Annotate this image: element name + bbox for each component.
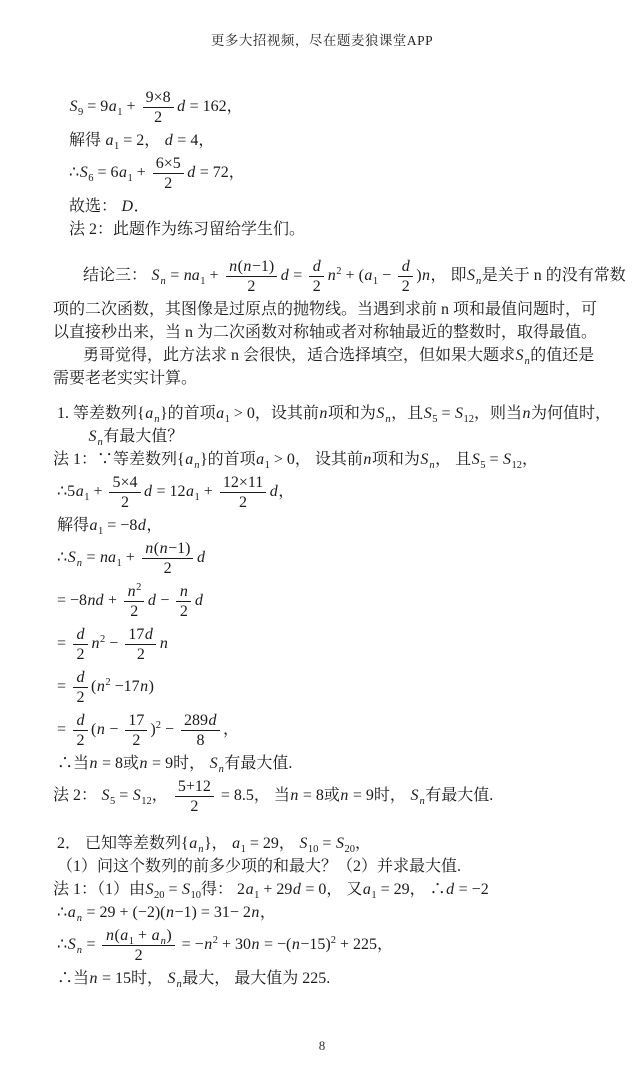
math-variable: D: [121, 198, 134, 215]
math-variable: d: [137, 517, 146, 534]
fraction: d2: [73, 625, 88, 664]
math-variable: n: [522, 405, 531, 422]
doc-line-28: ∴当n = 15时， Sn最大， 最大值为 225.: [53, 967, 619, 990]
math-variable: d: [292, 881, 301, 898]
doc-line-15: 解得a1 = −8d，: [53, 514, 619, 537]
fraction: n22: [124, 582, 144, 621]
doc-line-12: Sn有最大值？: [53, 425, 619, 448]
math-variable: n: [145, 540, 154, 557]
math-variable: S: [145, 881, 154, 898]
math-variable: S: [132, 787, 141, 804]
subscript: 1: [254, 890, 259, 901]
doc-line-1: S9 = 9a1 + 9×82d = 162，: [53, 86, 619, 129]
doc-line-6: 结论三： Sn = na1 + n(n−1)2d = d2n2 + (a1 − …: [53, 255, 619, 298]
math-variable: a: [151, 927, 160, 944]
math-variable: S: [376, 405, 385, 422]
subscript: 1: [195, 492, 200, 503]
math-variable: d: [196, 549, 205, 566]
subscript: 1: [200, 276, 205, 287]
math-variable: d: [280, 267, 289, 284]
subscript: n: [97, 437, 103, 448]
math-variable: S: [88, 428, 97, 445]
fraction: d2: [309, 257, 324, 296]
math-variable: n: [291, 936, 300, 953]
math-variable: n: [251, 904, 260, 921]
subscript: 20: [344, 844, 355, 855]
math-variable: d: [401, 258, 410, 275]
math-variable: d: [312, 258, 321, 275]
subscript: n: [76, 558, 82, 569]
math-variable: S: [182, 881, 191, 898]
math-variable: n: [363, 451, 372, 468]
math-variable: S: [69, 98, 78, 115]
superscript: 2: [213, 935, 218, 946]
page-header: 更多大招视频，尽在题麦狼课堂APP: [0, 29, 644, 49]
doc-line-10: 需要老老实实计算。: [53, 367, 619, 390]
math-variable: a: [89, 517, 98, 534]
math-variable: n: [204, 936, 213, 953]
math-variable: nd: [87, 592, 104, 609]
doc-line-8: 以直接秒出来，当 n 为二次函数对称轴或者对称轴最近的整数时，取得最值。: [53, 321, 619, 344]
math-variable: d: [269, 483, 278, 500]
math-variable: n: [96, 678, 105, 695]
fraction: d2: [73, 711, 88, 750]
subscript: n: [476, 276, 482, 287]
math-variable: d: [144, 626, 153, 643]
doc-line-22: 法 2： S5 = S12， 5+122 = 8.5， 当n = 8或n = 9…: [53, 775, 619, 818]
fraction: n(a1 + an)2: [102, 926, 174, 965]
math-variable: n: [89, 970, 98, 987]
subscript: 9: [78, 107, 83, 118]
math-variable: S: [420, 451, 429, 468]
math-variable: a: [245, 881, 254, 898]
subscript: 1: [225, 414, 230, 425]
math-variable: d: [187, 164, 196, 181]
superscript: 2: [336, 266, 341, 277]
math-variable: na: [99, 549, 116, 566]
fraction: 17d2: [125, 625, 156, 664]
subscript: n: [76, 945, 82, 956]
subscript: 5: [432, 414, 437, 425]
subscript: 1: [117, 107, 122, 118]
math-variable: a: [185, 451, 194, 468]
math-variable: S: [423, 405, 432, 422]
math-variable: n: [251, 936, 260, 953]
fraction: 6×52: [153, 154, 184, 193]
subscript: 20: [154, 890, 165, 901]
math-variable: S: [410, 787, 419, 804]
math-variable: d: [194, 592, 203, 609]
math-variable: S: [515, 347, 524, 364]
math-variable: n: [327, 267, 336, 284]
math-variable: a: [67, 904, 76, 921]
subscript: n: [194, 460, 200, 471]
subscript: 1: [373, 276, 378, 287]
subscript: n: [524, 356, 530, 367]
superscript: 2: [156, 720, 161, 731]
fraction: n(n−1)2: [142, 539, 194, 578]
math-variable: S: [471, 451, 480, 468]
math-variable: n: [91, 635, 100, 652]
math-variable: a: [120, 927, 129, 944]
math-variable: n: [140, 678, 149, 695]
subscript: n: [76, 913, 82, 924]
math-variable: d: [208, 712, 217, 729]
math-variable: a: [364, 267, 373, 284]
doc-line-5: 法 2：此题作为练习留给学生们。: [53, 218, 619, 241]
math-variable: S: [79, 164, 88, 181]
subscript: 1: [241, 844, 246, 855]
math-variable: n: [105, 927, 114, 944]
math-variable: n: [243, 258, 252, 275]
doc-line-2: 解得 a1 = 2， d = 4，: [53, 129, 619, 152]
math-variable: S: [209, 755, 218, 772]
math-variable: d: [76, 626, 85, 643]
superscript: 2: [331, 935, 336, 946]
subscript: n: [198, 844, 204, 855]
math-variable: d: [76, 712, 85, 729]
math-variable: na: [183, 267, 200, 284]
doc-line-26: ∴an = 29 + (−2)(n−1) = 31− 2n，: [53, 901, 619, 924]
math-variable: S: [101, 787, 110, 804]
subscript: 12: [463, 414, 474, 425]
fraction: 12×112: [220, 473, 266, 512]
subscript: 1: [114, 141, 119, 152]
doc-line-21: ∴当n = 8或n = 9时， Sn有最大值.: [53, 752, 619, 775]
subscript: 1: [127, 173, 132, 184]
math-variable: n: [290, 787, 299, 804]
superscript: 2: [105, 677, 110, 688]
subscript: 1: [84, 492, 89, 503]
math-variable: d: [76, 669, 85, 686]
subscript: n: [218, 764, 224, 775]
document-page: 更多大招视频，尽在题麦狼课堂APP S9 = 9a1 + 9×82d = 162…: [0, 0, 644, 1086]
math-variable: S: [67, 549, 76, 566]
subscript: 1: [371, 890, 376, 901]
doc-line-25: 法 1：（1）由S20 = S10得： 2a1 + 29d = 0， 又a1 =…: [53, 878, 619, 901]
math-variable: n: [166, 904, 175, 921]
math-variable: n: [179, 583, 188, 600]
math-variable: n: [127, 583, 136, 600]
math-variable: S: [167, 970, 176, 987]
subscript: 12: [511, 460, 522, 471]
subscript: 6: [88, 173, 93, 184]
subscript: n: [429, 460, 435, 471]
math-variable: n: [319, 405, 328, 422]
doc-line-7: 项的二次函数，其图像是过原点的抛物线。当遇到求前 n 项和最值问题时，可: [53, 298, 619, 321]
doc-line-14: ∴5a1 + 5×42d = 12a1 + 12×112d，: [53, 471, 619, 514]
math-variable: S: [151, 267, 160, 284]
fraction: 5×42: [109, 473, 140, 512]
superscript: 2: [100, 634, 105, 645]
subscript: n: [385, 414, 391, 425]
page-number: 8: [0, 1038, 644, 1054]
math-variable: a: [105, 132, 114, 149]
doc-line-20: = d2(n − 172)2 − 289d8，: [53, 709, 619, 752]
subscript: n: [419, 796, 425, 807]
fraction: 5+122: [175, 777, 214, 816]
subscript: n: [154, 414, 160, 425]
math-variable: n: [159, 635, 168, 652]
subscript: 1: [265, 460, 270, 471]
math-variable: d: [177, 98, 186, 115]
math-variable: a: [216, 405, 225, 422]
math-variable: S: [467, 267, 476, 284]
doc-line-27: ∴Sn = n(a1 + an)2 = −n2 + 30n = −(n−15)2…: [53, 924, 619, 967]
math-variable: n: [89, 755, 98, 772]
subscript: n: [160, 276, 166, 287]
doc-line-23: 2． 已知等差数列{an}， a1 = 29， S10 = S20，: [53, 832, 619, 855]
doc-line-13: 法 1：∵等差数列{an}的首项a1 > 0， 设其前n项和为Sn， 且S5 =…: [53, 448, 619, 471]
subscript: n: [176, 979, 182, 990]
fraction: 9×82: [143, 88, 174, 127]
math-variable: a: [108, 98, 117, 115]
subscript: 1: [116, 558, 121, 569]
fraction: 289d8: [181, 711, 220, 750]
subscript: 12: [141, 796, 152, 807]
fraction: d2: [398, 257, 413, 296]
math-variable: d: [164, 132, 173, 149]
math-variable: n: [96, 721, 105, 738]
document-content: S9 = 9a1 + 9×82d = 162，解得 a1 = 2， d = 4，…: [53, 86, 619, 990]
math-variable: a: [186, 483, 195, 500]
math-variable: a: [145, 405, 154, 422]
math-variable: n: [422, 267, 431, 284]
math-variable: n: [159, 540, 168, 557]
math-variable: a: [232, 835, 241, 852]
math-variable: d: [144, 483, 153, 500]
doc-line-11: 1. 等差数列{an}的首项a1 > 0，设其前n项和为Sn，且S5 = S12…: [53, 402, 619, 425]
subscript: 5: [110, 796, 115, 807]
math-variable: a: [75, 483, 84, 500]
math-variable: n: [229, 258, 238, 275]
math-variable: d: [446, 881, 455, 898]
fraction: n(n−1)2: [226, 257, 278, 296]
doc-line-24: （1）问这个数列的前多少项的和最大？（2）并求最大值.: [53, 855, 619, 878]
fraction: 172: [125, 711, 147, 750]
fraction: n2: [176, 582, 191, 621]
superscript: 2: [136, 582, 141, 593]
subscript: 10: [191, 890, 202, 901]
subscript: 10: [308, 844, 319, 855]
doc-line-19: = d2(n2 −17n): [53, 666, 619, 709]
doc-line-17: = −8nd + n22d − n2d: [53, 580, 619, 623]
math-variable: S: [67, 936, 76, 953]
math-variable: S: [299, 835, 308, 852]
math-variable: a: [189, 835, 198, 852]
doc-line-9: 勇哥觉得，此方法求 n 会很快，适合选择填空，但如果大题求Sn的值还是: [53, 344, 619, 367]
math-variable: n: [139, 755, 148, 772]
subscript: 1: [98, 526, 103, 537]
doc-line-3: ∴S6 = 6a1 + 6×52d = 72，: [53, 152, 619, 195]
math-variable: n: [340, 787, 349, 804]
doc-line-18: = d2n2 − 17d2n: [53, 623, 619, 666]
subscript: 5: [480, 460, 485, 471]
subscript: n: [160, 936, 166, 947]
fraction: d2: [73, 668, 88, 707]
doc-line-4: 故选： D．: [53, 195, 619, 218]
math-variable: a: [256, 451, 265, 468]
math-variable: d: [147, 592, 156, 609]
doc-line-16: ∴Sn = na1 + n(n−1)2d: [53, 537, 619, 580]
